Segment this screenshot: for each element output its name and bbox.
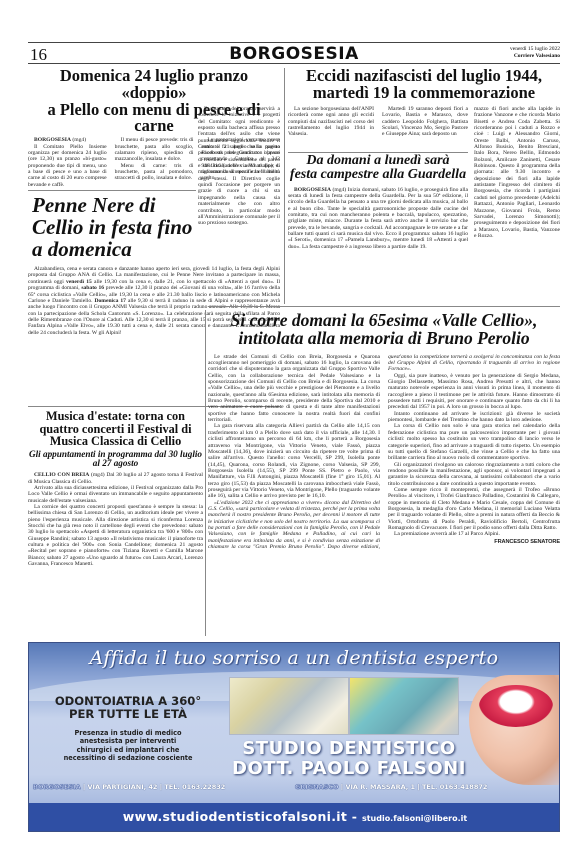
masthead-date-block: venerdì 15 luglio 2022 Corriere Valsesia… xyxy=(510,46,560,60)
paragraph: Le strade dei Comuni di Cellio con Breia… xyxy=(208,354,380,424)
headline-line: festa campestre alla Guardella xyxy=(288,168,468,182)
divider xyxy=(208,306,560,307)
article-body: Le strade dei Comuni di Cellio con Breia… xyxy=(208,354,560,551)
paragraph: mazzo di fiori anche alla lapide in fraz… xyxy=(474,106,560,239)
paragraph: Il menu di pesce prevede: tris di brusch… xyxy=(115,137,194,162)
dental-office-photo xyxy=(349,677,459,735)
ad-headline-line: PER TUTTE LE ETÀ xyxy=(35,708,221,721)
headline-line: martedì 19 la commemorazione xyxy=(288,85,560,102)
article-eccidi-col3: mazzo di fiori anche alla lapide in fraz… xyxy=(474,106,560,239)
article-eccidi: Eccidi nazifascisti del luglio 1944, mar… xyxy=(288,68,560,102)
ad-description: Presenza in studio di medico anestesista… xyxy=(35,729,221,762)
ad-description-line: anestesista per interventi xyxy=(35,737,221,745)
headline-line: intitolata alla memoria di Bruno Perolio xyxy=(208,330,560,348)
smile-lips-image xyxy=(479,685,553,727)
dateline: BORGOSESIA xyxy=(34,137,71,143)
article-valle-cellio: Si corre domani la 65esima «Valle Cellio… xyxy=(208,312,560,550)
dental-tools-photo xyxy=(229,677,349,735)
publication-name: Corriere Valsesiano xyxy=(510,53,560,60)
website-link[interactable]: www.studiodentisticofalsoni.it xyxy=(123,809,347,824)
paragraph: Menu di carne: tris di bruschette, pasta… xyxy=(115,163,194,182)
text-run-bold: Domenica 17 xyxy=(94,298,125,304)
divider xyxy=(28,190,196,191)
ad-description-line: chirurgici ed implantari che xyxy=(35,746,221,754)
section-title: BORGOSESIA xyxy=(28,44,560,64)
text-run-bold: venerdì 15 xyxy=(66,279,92,285)
headline: Penne Nere di Cellio in festa fino a dom… xyxy=(28,194,203,260)
author-tag: (mg4) xyxy=(333,187,347,193)
paragraph: Martedì 19 saranno deposti fiori a Lovar… xyxy=(382,106,468,138)
text-run-bold: sabato 16 xyxy=(81,285,104,291)
author-tag: (mg4) xyxy=(72,137,86,143)
location-details: | VIA R. MASSARA, 1 | TEL. 0163.418872 xyxy=(339,783,488,791)
headline-line: Da domani a lunedì sarà xyxy=(288,154,468,168)
article-guardella: Da domani a lunedì sarà festa campestre … xyxy=(288,154,468,250)
location-2: GRIGNASCO | VIA R. MASSARA, 1 | TEL. 016… xyxy=(295,781,487,793)
headline: Musica d'estate: torna con quattro conce… xyxy=(28,410,203,448)
separator: - xyxy=(347,809,362,824)
paragraph: La cornice dei quattro concerti proposti… xyxy=(28,504,203,567)
paragraph: La gara riservata alla categoria Allievi… xyxy=(208,423,380,499)
article-musica-estate: Musica d'estate: torna con quattro conce… xyxy=(28,410,203,568)
paragraph: Inizia domani, sabato 16 luglio, e prose… xyxy=(288,187,468,250)
article-body: BORGOSESIA (mg4) Inizia domani, sabato 1… xyxy=(288,187,468,250)
paragraph: Gli organizzatori rivolgono un caloroso … xyxy=(388,462,560,487)
author-tag: (mg4) xyxy=(91,472,105,478)
subheadline: Gli appuntamenti in programma dal 30 lug… xyxy=(28,450,203,469)
paragraph: La sezione borgosesiana dell'ANPI ricord… xyxy=(288,106,374,138)
article-eccidi-body: La sezione borgosesiana dell'ANPI ricord… xyxy=(288,106,468,150)
paragraph: Intanto continuano ad arrivare le iscriz… xyxy=(388,411,560,424)
dentist-advertisement[interactable]: Affida il tuo sorriso a un dentista espe… xyxy=(28,642,560,832)
ad-contact-bar: www.studiodentisticofalsoni.it - studio.… xyxy=(29,803,560,831)
ad-headline: ODONTOIATRIA A 360° PER TUTTE LE ETÀ xyxy=(35,695,221,721)
article-penne-nere: Penne Nere di Cellio in festa fino a dom… xyxy=(28,194,203,336)
paragraph: La corsa di Cellio non solo è una gara s… xyxy=(388,423,560,461)
article-body: CELLIO CON BREIA (mg4) Dal 30 luglio al … xyxy=(28,472,203,567)
location-town: BORGOSESIA xyxy=(33,783,81,791)
dateline: BORGOSESIA xyxy=(294,187,331,193)
location-town: GRIGNASCO xyxy=(295,783,339,791)
ad-addresses: BORGOSESIA | VIA PARTIGIANI, 42 | TEL. 0… xyxy=(29,781,560,793)
location-details: | VIA PARTIGIANI, 42 | TEL. 0163.22832 xyxy=(81,783,226,791)
ad-description-line: Presenza in studio di medico xyxy=(35,729,221,737)
paragraph: La premiazione avverrà alle 17 al Parco … xyxy=(388,531,560,537)
article-pranzo-plello-col3: Il ricavato del pranzo servirà a sostene… xyxy=(198,106,280,227)
newspaper-page: 16 BORGOSESIA venerdì 15 luglio 2022 Cor… xyxy=(28,42,560,832)
byline: FRANCESCO SENATORE xyxy=(388,539,560,545)
studio-name-line: DOTT. PAOLO FALSONI xyxy=(229,759,469,779)
paragraph: Arrivato alla sua diciassettesima edizio… xyxy=(28,485,203,504)
ad-description-line: necessitino di sedazione cosciente xyxy=(35,754,221,762)
paragraph: Oggi, sia pure inatteso, è venuto per la… xyxy=(388,373,560,411)
studio-name-line: STUDIO DENTISTICO xyxy=(229,739,469,759)
headline-line: Domenica 24 luglio pranzo «doppio» xyxy=(28,68,280,102)
paragraph: Come sempre ricco il montepremi, che ass… xyxy=(388,487,560,531)
dateline: CELLIO CON BREIA xyxy=(34,472,89,478)
email-link[interactable]: studio.falsoni@libero.it xyxy=(362,814,467,823)
column-divider xyxy=(284,68,285,304)
studio-name: STUDIO DENTISTICO DOTT. PAOLO FALSONI xyxy=(229,739,469,779)
headline: Da domani a lunedì sarà festa campestre … xyxy=(288,154,468,183)
column-divider xyxy=(205,310,206,636)
issue-date: venerdì 15 luglio 2022 xyxy=(510,46,560,53)
masthead: 16 BORGOSESIA venerdì 15 luglio 2022 Cor… xyxy=(28,42,560,64)
ad-slogan: Affida il tuo sorriso a un dentista espe… xyxy=(29,647,559,669)
headline: Si corre domani la 65esima «Valle Cellio… xyxy=(208,312,560,348)
paragraph: Il Comitato Plello Insieme organizza per… xyxy=(28,144,107,188)
headline: Eccidi nazifascisti del luglio 1944, mar… xyxy=(288,68,560,102)
paragraph: Il ricavato del pranzo servirà a sostene… xyxy=(198,106,280,227)
